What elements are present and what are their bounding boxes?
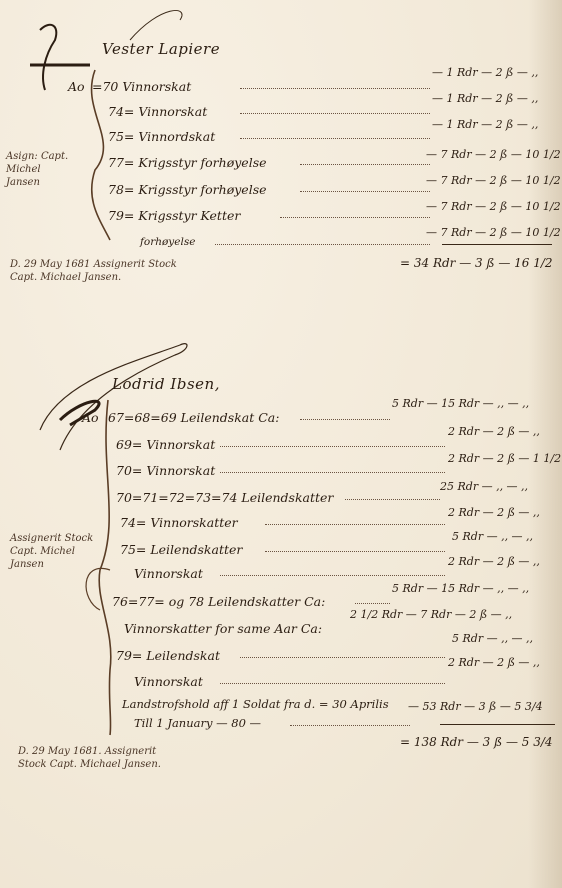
dotted-leader xyxy=(220,683,445,684)
dotted-leader xyxy=(265,551,445,552)
dotted-leader xyxy=(240,113,430,114)
dotted-leader xyxy=(300,419,390,420)
section2-margin-note: Assignerit Stock Capt. Michel Jansen xyxy=(10,532,93,571)
section2-amount: 2 Rdr — 2 ß — 1 1/2 xyxy=(448,452,561,465)
section2-amount: 2 Rdr — 2 ß — ,, xyxy=(448,506,540,519)
section1-amount: — 7 Rdr — 2 ß — 10 1/2 xyxy=(426,226,561,239)
section1-amount: — 7 Rdr — 2 ß — 10 1/2 xyxy=(426,200,561,213)
section2-amount: 5 Rdr — 15 Rdr — ,, — ,, xyxy=(392,582,529,595)
dotted-leader xyxy=(345,499,440,500)
sum-rule xyxy=(442,244,552,245)
section2-entry: 69= Vinnorskat xyxy=(116,437,215,452)
section1-amount: — 1 Rdr — 2 ß — ,, xyxy=(432,66,538,79)
dotted-leader xyxy=(240,138,430,139)
dotted-leader xyxy=(290,725,410,726)
section2-entry: Till 1 January — 80 — xyxy=(134,716,261,730)
margin-line: Michel xyxy=(6,163,68,176)
footnote-line: Capt. Michael Jansen. xyxy=(10,271,177,284)
margin-line: Jansen xyxy=(6,176,68,189)
dotted-leader xyxy=(220,446,445,447)
section2-amount: 25 Rdr — ,, — ,, xyxy=(440,480,528,493)
section2-entry: 76=77= og 78 Leilendskatter Ca: xyxy=(112,594,325,609)
section1-entry: 79= Krigsstyr Ketter xyxy=(108,208,240,223)
section1-heading: Vester Lapiere xyxy=(102,40,220,58)
section1-total: = 34 Rdr — 3 ß — 16 1/2 xyxy=(400,256,553,270)
footnote-line: Stock Capt. Michael Jansen. xyxy=(18,758,161,771)
section2-prefix: Ao xyxy=(82,410,99,425)
section2-amount: 5 Rdr — ,, — ,, xyxy=(452,530,533,543)
dotted-leader xyxy=(355,603,390,604)
section1-margin-note: Asign: Capt. Michel Jansen xyxy=(6,150,68,189)
section2-entry: 74= Vinnorskatter xyxy=(120,515,238,530)
dotted-leader xyxy=(215,244,430,245)
dotted-leader xyxy=(220,472,445,473)
section1-entry: 75= Vinnordskat xyxy=(108,129,215,144)
section2-amount: 2 Rdr — 2 ß — ,, xyxy=(448,425,540,438)
section1-entry: 74= Vinnorskat xyxy=(108,104,207,119)
section2-amount: 5 Rdr — 15 Rdr — ,, — ,, xyxy=(392,397,529,410)
section2-entry: Vinnorskat xyxy=(134,674,203,689)
dotted-leader xyxy=(220,575,445,576)
section2-total: = 138 Rdr — 3 ß — 5 3/4 xyxy=(400,735,553,749)
section1-entry: 77= Krigsstyr forhøyelse xyxy=(108,155,267,170)
sum-rule xyxy=(440,724,555,725)
footnote-line: D. 29 May 1681. Assignerit xyxy=(18,745,161,758)
section1-prefix: Ao xyxy=(68,79,85,94)
section2-amount: — 53 Rdr — 3 ß — 5 3/4 xyxy=(408,700,543,713)
section1-entry: 78= Krigsstyr forhøyelse xyxy=(108,182,267,197)
section2-entry: Vinnorskatter for same Aar Ca: xyxy=(124,621,322,636)
dotted-leader xyxy=(240,657,445,658)
dotted-leader xyxy=(265,524,445,525)
section1-footnote: D. 29 May 1681 Assignerit Stock Capt. Mi… xyxy=(10,258,177,284)
dotted-leader xyxy=(240,88,430,89)
section1-entry: forhøyelse xyxy=(140,236,195,248)
section2-amount: 5 Rdr — ,, — ,, xyxy=(452,632,533,645)
margin-line: Asign: Capt. xyxy=(6,150,68,163)
section2-entry: 70= Vinnorskat xyxy=(116,463,215,478)
margin-line: Capt. Michel xyxy=(10,545,93,558)
section2-entry: 67=68=69 Leilendskat Ca: xyxy=(108,410,279,425)
margin-line: Assignerit Stock xyxy=(10,532,93,545)
margin-line: Jansen xyxy=(10,558,93,571)
section2-footnote: D. 29 May 1681. Assignerit Stock Capt. M… xyxy=(18,745,161,771)
section2-heading: Lodrid Ibsen, xyxy=(112,375,220,393)
section2-entry: 75= Leilendskatter xyxy=(120,542,242,557)
section2-entry: 79= Leilendskat xyxy=(116,648,220,663)
dotted-leader xyxy=(300,164,430,165)
section1-amount: — 1 Rdr — 2 ß — ,, xyxy=(432,118,538,131)
section2-entry: 70=71=72=73=74 Leilendskatter xyxy=(116,490,333,505)
section2-amount: 2 Rdr — 2 ß — ,, xyxy=(448,555,540,568)
section1-amount: — 1 Rdr — 2 ß — ,, xyxy=(432,92,538,105)
section1-entry: =70 Vinnorskat xyxy=(92,79,191,94)
ledger-page: Vester Lapiere Ao =70 Vinnorskat — 1 Rdr… xyxy=(0,0,562,888)
dotted-leader xyxy=(280,217,430,218)
section2-amount: 2 Rdr — 2 ß — ,, xyxy=(448,656,540,669)
section2-entry: Vinnorskat xyxy=(134,566,203,581)
dotted-leader xyxy=(300,191,430,192)
footnote-line: D. 29 May 1681 Assignerit Stock xyxy=(10,258,177,271)
section2-amount: 2 1/2 Rdr — 7 Rdr — 2 ß — ,, xyxy=(350,608,512,621)
section1-amount: — 7 Rdr — 2 ß — 10 1/2 xyxy=(426,148,561,161)
section1-amount: — 7 Rdr — 2 ß — 10 1/2 xyxy=(426,174,561,187)
section2-entry: Landstrofshold aff 1 Soldat fra d. = 30 … xyxy=(122,697,389,711)
